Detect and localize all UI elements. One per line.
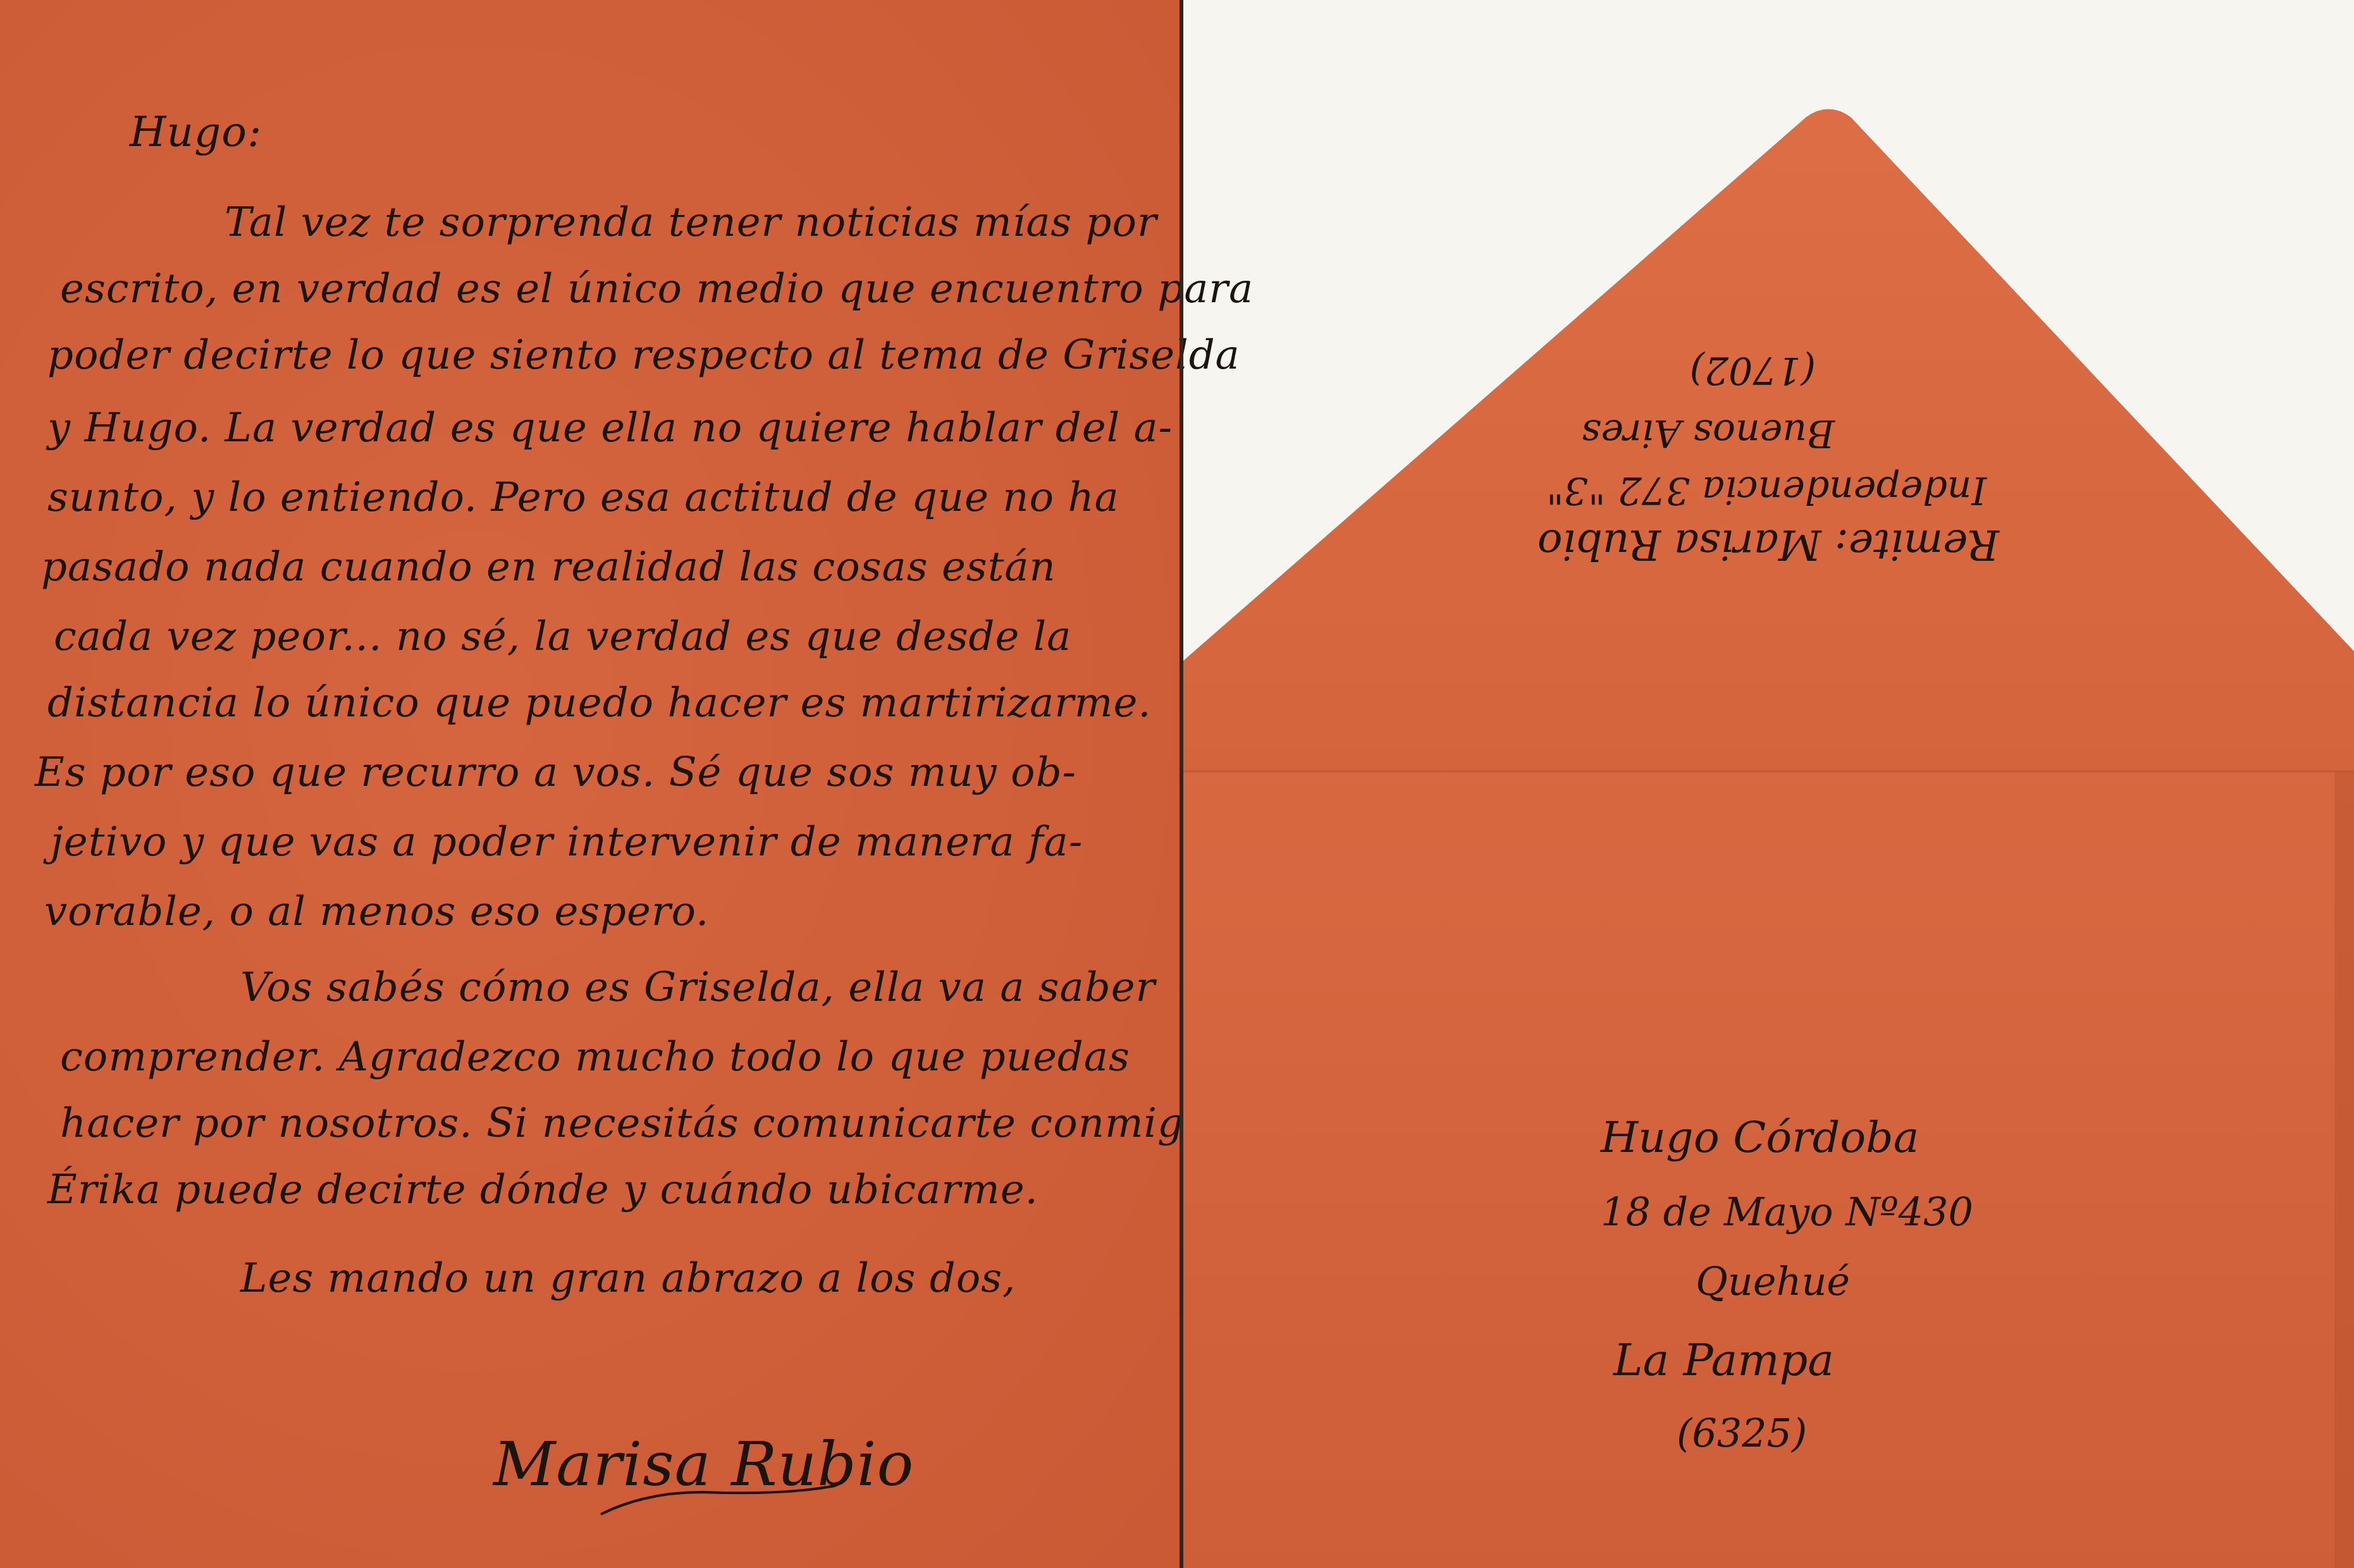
letter-line: cada vez peor... no sé, la verdad es que… bbox=[54, 616, 1071, 657]
letter-salutation: Hugo: bbox=[130, 107, 262, 156]
letter-line: Vos sabés cómo es Griselda, ella va a sa… bbox=[240, 967, 1155, 1008]
recipient-name: Hugo Córdoba bbox=[1601, 1113, 1919, 1163]
recipient-city: Quehué bbox=[1696, 1258, 1850, 1304]
letter-line: vorable, o al menos eso espero. bbox=[44, 891, 709, 932]
sender-line-1: Remite: Marisa Rubio bbox=[1537, 520, 1999, 569]
letter-line: escrito, en verdad es el único medio que… bbox=[60, 269, 1254, 309]
letter-line: sunto, y lo entiendo. Pero esa actitud d… bbox=[47, 477, 1119, 518]
letter-closing: Les mando un gran abrazo a los dos, bbox=[240, 1255, 1016, 1302]
letter-line: poder decirte lo que siento respecto al … bbox=[47, 335, 1240, 376]
recipient-postal-code: (6325) bbox=[1677, 1410, 1807, 1456]
letter-line: y Hugo. La verdad es que ella no quiere … bbox=[47, 408, 1173, 448]
letter-line: pasado nada cuando en realidad las cosas… bbox=[41, 547, 1056, 587]
letter-line: jetivo y que vas a poder intervenir de m… bbox=[51, 822, 1083, 862]
letter-line: comprender. Agradezco mucho todo lo que … bbox=[60, 1037, 1130, 1077]
sender-line-3: Buenos Aires bbox=[1582, 411, 1835, 455]
letter-line: Tal vez te sorprenda tener noticias mías… bbox=[225, 202, 1157, 243]
letter-line: distancia lo único que puedo hacer es ma… bbox=[47, 683, 1152, 723]
letter-line: Es por eso que recurro a vos. Sé que sos… bbox=[35, 752, 1076, 793]
recipient-province: La Pampa bbox=[1613, 1334, 1834, 1386]
letter-line: Érika puede decirte dónde y cuándo ubica… bbox=[47, 1170, 1038, 1210]
letter-line: hacer por nosotros. Si necesitás comunic… bbox=[60, 1103, 1223, 1144]
letter-sheet: Hugo: Tal vez te sorprenda tener noticia… bbox=[0, 0, 1180, 1568]
sender-line-4: (1702) bbox=[1689, 348, 1816, 392]
return-address: Remite: Marisa Rubio Independencia 372 "… bbox=[1183, 0, 2353, 771]
signature-flourish-icon bbox=[595, 1473, 860, 1524]
sender-line-2: Independencia 372 "3" bbox=[1546, 468, 1987, 512]
recipient-street: 18 de Mayo Nº430 bbox=[1601, 1189, 1973, 1235]
envelope: Remite: Marisa Rubio Independencia 372 "… bbox=[1183, 0, 2354, 1568]
